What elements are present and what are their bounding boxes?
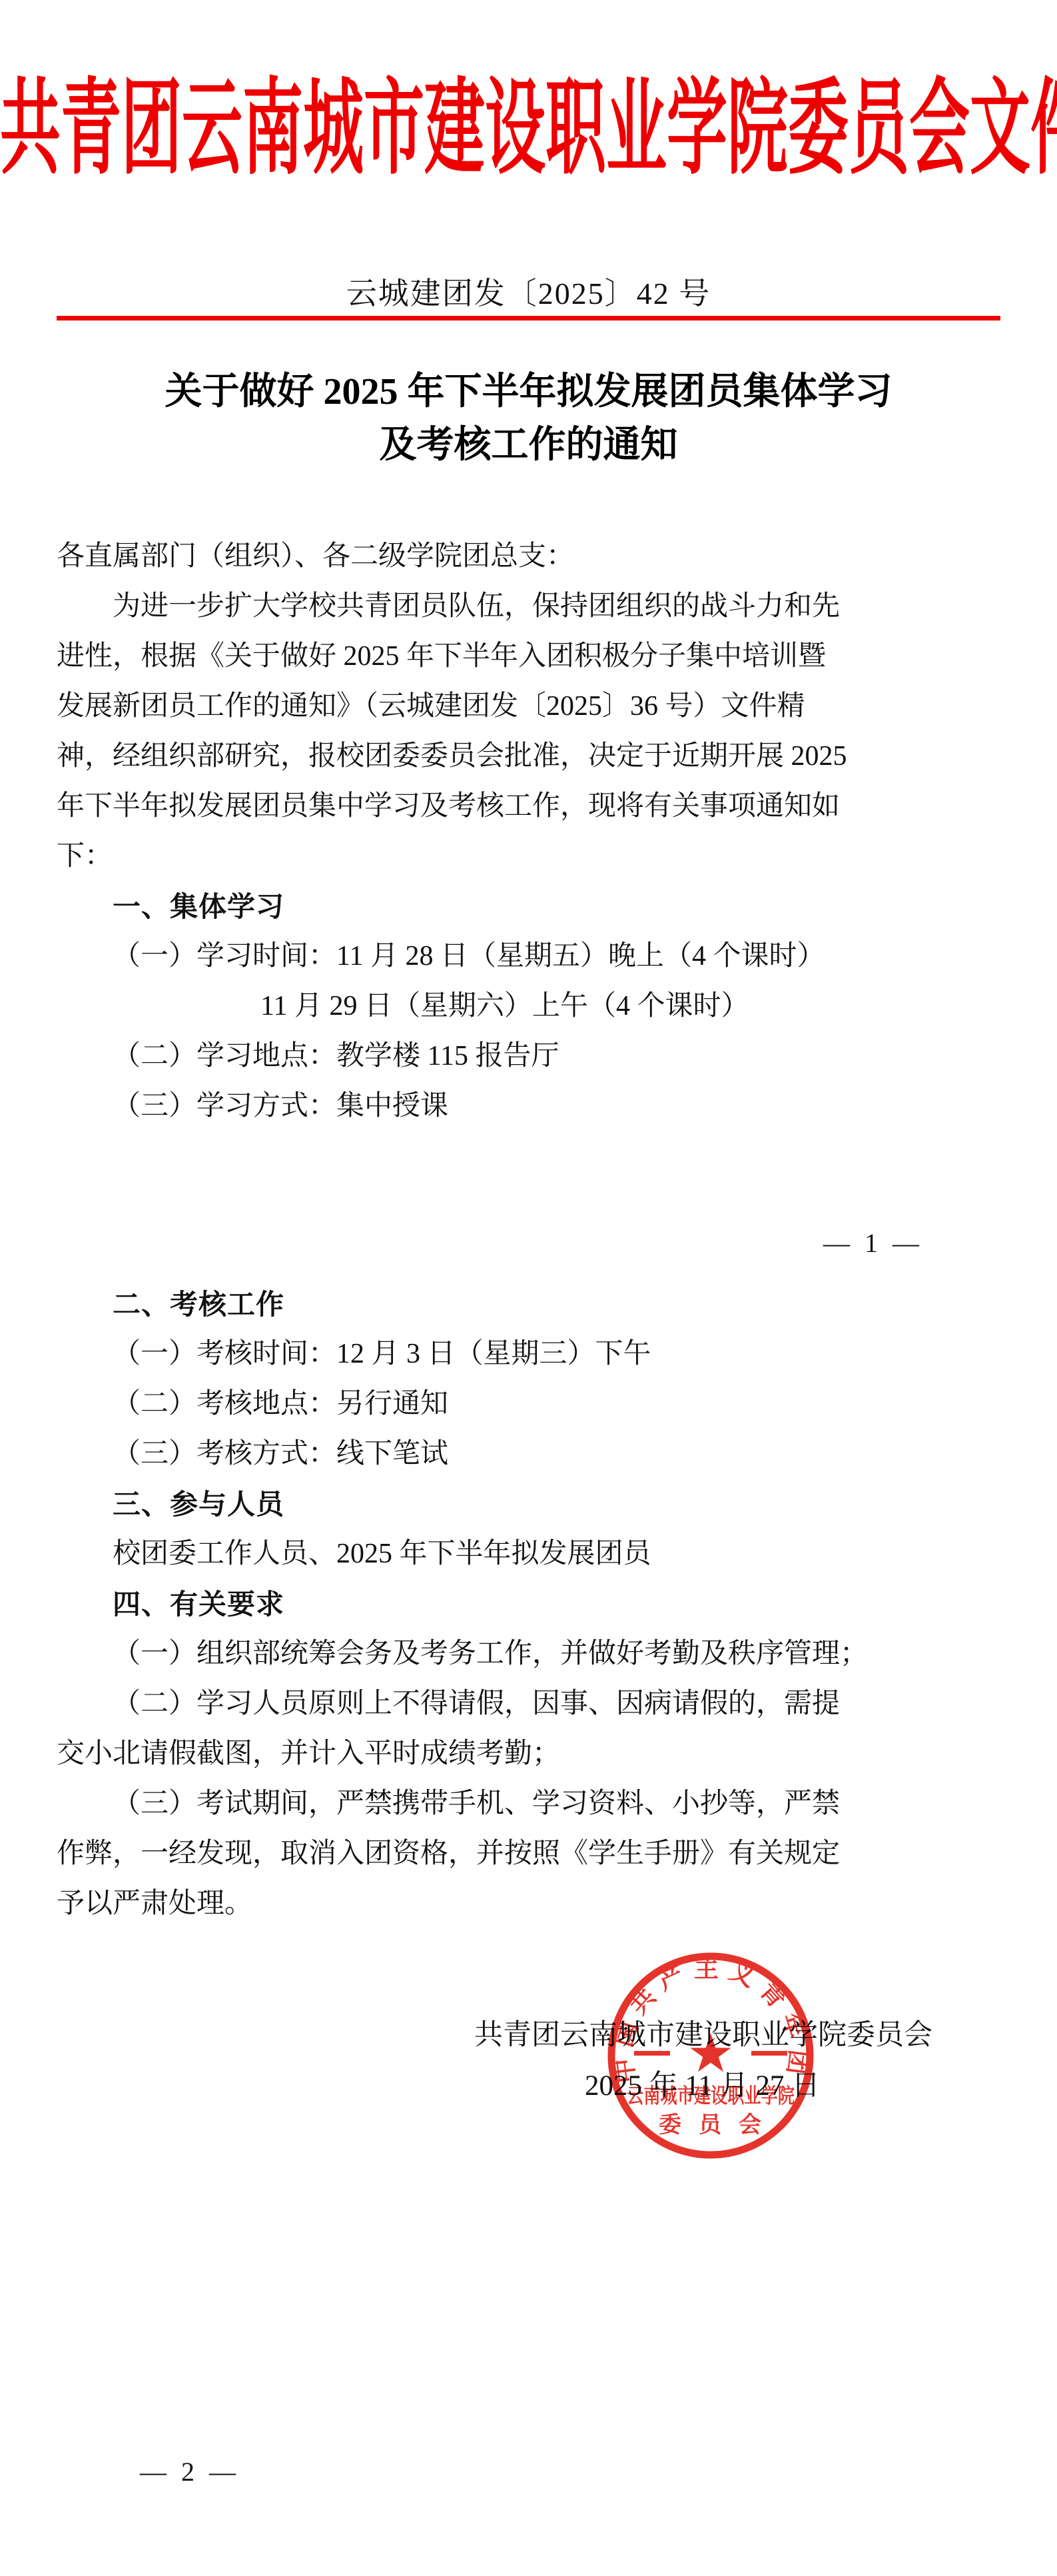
seal-committee-line: 委员会 — [659, 2112, 779, 2138]
page2-body: 二、考核工作 （一）考核时间：12 月 3 日（星期三）下午 （二）考核地点：另… — [57, 1279, 1000, 1929]
red-divider-line — [57, 316, 1000, 321]
body-line: 发展新团员工作的通知》（云城建团发〔2025〕36 号）文件精 — [57, 682, 1000, 732]
body-line: （三）考试期间，严禁携带手机、学习资料、小抄等，严禁 — [57, 1779, 1000, 1829]
body-line: 校团委工作人员、2025 年下半年拟发展团员 — [57, 1529, 1000, 1579]
seal-right-bar — [751, 2051, 787, 2056]
body-line: （一）学习时间：11 月 28 日（星期五）晚上（4 个课时） — [57, 932, 1000, 981]
document-title-line1: 关于做好 2025 年下半年拟发展团员集体学习 — [0, 365, 1057, 418]
official-document-page: 共青团云南城市建设职业学院委员会文件 云城建团发〔2025〕42 号 关于做好 … — [0, 0, 1057, 2576]
document-title: 关于做好 2025 年下半年拟发展团员集体学习 及考核工作的通知 — [0, 365, 1057, 472]
body-line: 年下半年拟发展团员集中学习及考核工作，现将有关事项通知如 — [57, 782, 1000, 832]
body-line: （一）考核时间：12 月 3 日（星期三）下午 — [57, 1329, 1000, 1379]
body-line: 为进一步扩大学校共青团员队伍，保持团组织的战斗力和先 — [57, 582, 1000, 632]
body-line: （一）组织部统筹会务及考务工作，并做好考勤及秩序管理； — [57, 1629, 1000, 1679]
body-line: （二）学习地点：教学楼 115 报告厅 — [57, 1031, 1000, 1081]
body-line: 作弊，一经发现，取消入团资格，并按照《学生手册》有关规定 — [57, 1829, 1000, 1879]
body-line: （三）考核方式：线下笔试 — [57, 1429, 1000, 1479]
body-line: 神，经组织部研究，报校团委委员会批准，决定于近期开展 2025 — [57, 732, 1000, 782]
body-line: 予以严肃处理。 — [57, 1879, 1000, 1929]
page1-body: 各直属部门（组织）、各二级学院团总支： 为进一步扩大学校共青团员队伍，保持团组织… — [57, 532, 1000, 1131]
body-line: （二）学习人员原则上不得请假，因事、因病请假的，需提 — [57, 1679, 1000, 1729]
page-number-1: — 1 — — [823, 1227, 923, 1259]
document-number: 云城建团发〔2025〕42 号 — [0, 269, 1057, 313]
body-line: 下： — [57, 832, 1000, 882]
seal-org-line: 云南城市建设职业学院 — [627, 2084, 795, 2108]
body-line: （三）学习方式：集中授课 — [57, 1081, 1000, 1131]
section-heading: 二、考核工作 — [57, 1279, 1000, 1329]
body-line: 11 月 29 日（星期六）上午（4 个课时） — [57, 981, 1000, 1031]
section-heading: 三、参与人员 — [57, 1479, 1000, 1529]
document-red-header: 共青团云南城市建设职业学院委员会文件 — [0, 75, 1057, 184]
seal-left-bar — [634, 2051, 670, 2056]
official-red-seal: 中国共产主义青年团 ★ 云南城市建设职业学院 委员会 — [606, 1951, 815, 2160]
salutation: 各直属部门（组织）、各二级学院团总支： — [57, 532, 1000, 582]
body-line: （二）考核地点：另行通知 — [57, 1379, 1000, 1429]
section-heading: 四、有关要求 — [57, 1579, 1000, 1629]
section-heading: 一、集体学习 — [57, 882, 1000, 932]
document-title-line2: 及考核工作的通知 — [0, 418, 1057, 472]
page-number-2: — 2 — — [140, 2456, 240, 2487]
seal-star-icon: ★ — [687, 2025, 735, 2084]
body-line: 交小北请假截图，并计入平时成绩考勤； — [57, 1729, 1000, 1779]
body-line: 进性，根据《关于做好 2025 年下半年入团积极分子集中培训暨 — [57, 632, 1000, 682]
